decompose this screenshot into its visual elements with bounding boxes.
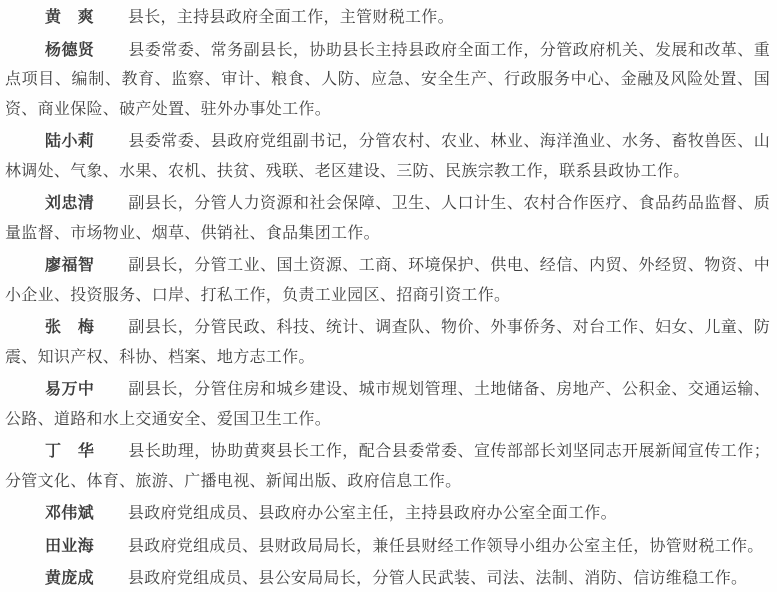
- official-duties: 副县长，分管人力资源和社会保障、卫生、人口计生、农村合作医疗、食品药品监督、质量…: [5, 195, 770, 242]
- official-name: 黄庞成: [45, 570, 94, 587]
- official-entry: 丁 华县长助理，协助黄爽县长工作，配合县委常委、宣传部部长刘坚同志开展新闻宣传工…: [5, 437, 770, 496]
- official-entry: 廖福智副县长，分管工业、国土资源、工商、环境保护、供电、经信、内贸、外经贸、物资…: [5, 251, 770, 310]
- official-name: 杨德贤: [45, 42, 94, 59]
- official-duties: 副县长，分管住房和城乡建设、城市规划管理、土地储备、房地产、公积金、交通运输、公…: [5, 381, 770, 428]
- official-name: 田业海: [45, 538, 94, 555]
- official-name: 廖福智: [45, 257, 94, 274]
- official-duties: 县委常委、县政府党组副书记，分管农村、农业、林业、海洋渔业、水务、畜牧兽医、山林…: [5, 133, 770, 180]
- official-name: 丁 华: [45, 443, 94, 460]
- official-entry: 刘忠清副县长，分管人力资源和社会保障、卫生、人口计生、农村合作医疗、食品药品监督…: [5, 189, 770, 248]
- official-duties: 县长助理，协助黄爽县长工作，配合县委常委、宣传部部长刘坚同志开展新闻宣传工作；分…: [5, 443, 770, 490]
- official-entry: 黄 爽县长，主持县政府全面工作，主管财税工作。: [5, 3, 770, 33]
- official-duties: 副县长，分管民政、科技、统计、调查队、物价、外事侨务、对台工作、妇女、儿童、防震…: [5, 319, 770, 366]
- official-duties: 县政府党组成员、县财政局局长，兼任县财经工作领导小组办公室主任，协管财税工作。: [128, 538, 764, 555]
- official-name: 邓伟斌: [45, 505, 94, 522]
- official-duties: 县政府党组成员、县公安局局长，分管人民武装、司法、法制、消防、信访维稳工作。: [128, 570, 747, 587]
- official-name: 刘忠清: [45, 195, 94, 212]
- official-entry: 陆小莉县委常委、县政府党组副书记，分管农村、农业、林业、海洋渔业、水务、畜牧兽医…: [5, 127, 770, 186]
- official-entry: 邓伟斌县政府党组成员、县政府办公室主任，主持县政府办公室全面工作。: [5, 499, 770, 529]
- official-duties: 副县长，分管工业、国土资源、工商、环境保护、供电、经信、内贸、外经贸、物资、中小…: [5, 257, 770, 304]
- official-name: 陆小莉: [45, 133, 94, 150]
- official-entry: 黄庞成县政府党组成员、县公安局局长，分管人民武装、司法、法制、消防、信访维稳工作…: [5, 564, 770, 592]
- official-name: 黄 爽: [45, 9, 94, 26]
- official-name: 易万中: [45, 381, 94, 398]
- official-entry: 易万中副县长，分管住房和城乡建设、城市规划管理、土地储备、房地产、公积金、交通运…: [5, 375, 770, 434]
- official-entry: 张 梅副县长，分管民政、科技、统计、调查队、物价、外事侨务、对台工作、妇女、儿童…: [5, 313, 770, 372]
- official-entry: 杨德贤县委常委、常务副县长，协助县长主持县政府全面工作，分管政府机关、发展和改革…: [5, 36, 770, 125]
- document-page: 黄 爽县长，主持县政府全面工作，主管财税工作。 杨德贤县委常委、常务副县长，协助…: [0, 0, 777, 592]
- official-duties: 县委常委、常务副县长，协助县长主持县政府全面工作，分管政府机关、发展和改革、重点…: [5, 42, 770, 118]
- official-entry: 田业海县政府党组成员、县财政局局长，兼任县财经工作领导小组办公室主任，协管财税工…: [5, 532, 770, 562]
- official-duties: 县政府党组成员、县政府办公室主任，主持县政府办公室全面工作。: [128, 505, 617, 522]
- official-duties: 县长，主持县政府全面工作，主管财税工作。: [128, 9, 454, 26]
- official-name: 张 梅: [45, 319, 94, 336]
